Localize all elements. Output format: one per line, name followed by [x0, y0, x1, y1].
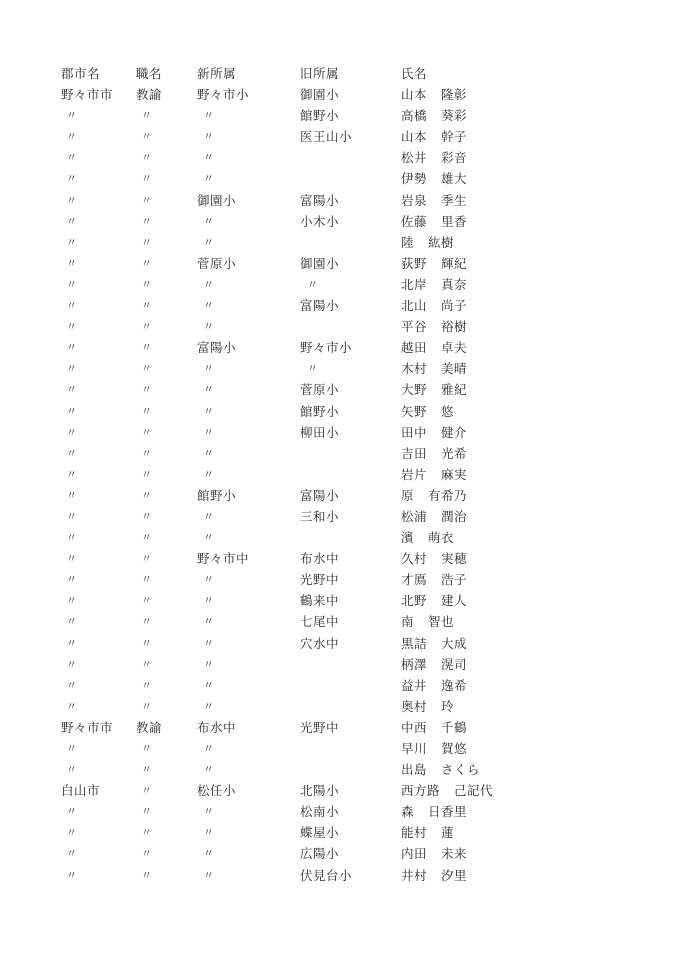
table-row: 〃〃〃奥村玲: [0, 696, 680, 717]
given-name: さくら: [441, 762, 480, 777]
header-title: 職名: [136, 63, 162, 84]
new-post-cell: 〃: [203, 358, 215, 379]
title-cell: 〃: [141, 168, 153, 189]
table-row: 野々市市教諭布水中光野中中西千鶴: [0, 717, 680, 738]
old-post-cell: 富陽小: [300, 295, 339, 316]
name-cell: 早川賀悠: [401, 738, 467, 759]
new-post-cell: 〃: [203, 801, 215, 822]
city-cell: 〃: [66, 358, 78, 379]
old-post-cell: 野々市小: [300, 337, 352, 358]
new-post-cell: 〃: [203, 401, 215, 422]
family-name: 中西: [401, 720, 427, 735]
table-row: 〃〃富陽小野々市小越田卓夫: [0, 337, 680, 358]
given-name: 建人: [441, 593, 467, 608]
title-cell: 〃: [141, 358, 153, 379]
family-name: 佐藤: [401, 214, 427, 229]
name-cell: 中西千鶴: [401, 717, 467, 738]
title-cell: 〃: [141, 485, 153, 506]
old-post-cell: 菅原小: [300, 379, 339, 400]
new-post-cell: 〃: [203, 147, 215, 168]
family-name: 西方路: [401, 783, 440, 798]
old-post-cell: 御園小: [300, 84, 339, 105]
family-name: 北野: [401, 593, 427, 608]
old-post-cell: 館野小: [300, 105, 339, 126]
table-row: 〃〃〃陸紘樹: [0, 232, 680, 253]
city-cell: 〃: [66, 105, 78, 126]
city-cell: 〃: [66, 190, 78, 211]
name-cell: 北野建人: [401, 590, 467, 611]
given-name: 逸希: [441, 678, 467, 693]
title-cell: 〃: [141, 780, 153, 801]
new-post-cell: 〃: [203, 569, 215, 590]
old-post-cell: 松南小: [300, 801, 339, 822]
new-post-cell: 〃: [203, 611, 215, 632]
city-cell: 〃: [66, 527, 78, 548]
city-cell: 〃: [66, 801, 78, 822]
given-name: 雅紀: [441, 382, 467, 397]
given-name: 滉司: [441, 657, 467, 672]
given-name: 里香: [441, 214, 467, 229]
name-cell: 山本隆彰: [401, 84, 467, 105]
new-post-cell: 〃: [203, 295, 215, 316]
table-row: 〃〃館野小富陽小原有希乃: [0, 485, 680, 506]
title-cell: 〃: [141, 316, 153, 337]
old-post-cell: 〃: [307, 274, 319, 295]
family-name: 早川: [401, 741, 427, 756]
old-post-cell: 伏見台小: [300, 865, 352, 886]
city-cell: 〃: [66, 168, 78, 189]
name-cell: 田中健介: [401, 422, 467, 443]
table-row: 〃〃〃〃木村美晴: [0, 358, 680, 379]
family-name: 荻野: [401, 256, 427, 271]
family-name: 出島: [401, 762, 427, 777]
family-name: 松浦: [401, 509, 427, 524]
new-post-cell: 〃: [203, 675, 215, 696]
city-cell: 〃: [66, 569, 78, 590]
given-name: 輝紀: [441, 256, 467, 271]
title-cell: 〃: [141, 548, 153, 569]
given-name: 萌衣: [428, 530, 454, 545]
table-row: 〃〃〃蝶屋小能村蓮: [0, 822, 680, 843]
new-post-cell: 〃: [203, 211, 215, 232]
title-cell: 〃: [141, 738, 153, 759]
given-name: 隆彰: [441, 87, 467, 102]
new-post-cell: 野々市小: [197, 84, 249, 105]
city-cell: 〃: [66, 759, 78, 780]
city-cell: 野々市市: [61, 717, 113, 738]
family-name: 大野: [401, 382, 427, 397]
given-name: 未来: [441, 846, 467, 861]
name-cell: 才鳫浩子: [401, 569, 467, 590]
table-row: 〃〃菅原小御園小荻野輝紀: [0, 253, 680, 274]
old-post-cell: 蝶屋小: [300, 822, 339, 843]
name-cell: 越田卓夫: [401, 337, 467, 358]
family-name: 濱: [401, 530, 414, 545]
title-cell: 〃: [141, 506, 153, 527]
old-post-cell: 富陽小: [300, 485, 339, 506]
name-cell: 奥村玲: [401, 696, 454, 717]
old-post-cell: 小木小: [300, 211, 339, 232]
new-post-cell: 〃: [203, 232, 215, 253]
given-name: 実穂: [441, 551, 467, 566]
given-name: 紘樹: [428, 235, 454, 250]
title-cell: 〃: [141, 822, 153, 843]
name-cell: 矢野悠: [401, 401, 454, 422]
new-post-cell: 〃: [203, 865, 215, 886]
old-post-cell: 富陽小: [300, 190, 339, 211]
given-name: 彩音: [441, 150, 467, 165]
table-row: 〃〃〃館野小矢野悠: [0, 401, 680, 422]
table-row: 〃〃野々市中布水中久村実穂: [0, 548, 680, 569]
family-name: 伊勢: [401, 171, 427, 186]
title-cell: 教諭: [136, 717, 162, 738]
table-row: 〃〃〃医王山小山本幹子: [0, 126, 680, 147]
given-name: 美晴: [441, 361, 467, 376]
table-row: 〃〃〃三和小松浦潤治: [0, 506, 680, 527]
given-name: 智也: [428, 614, 454, 629]
table-row: 〃〃〃穴水中黒詰大成: [0, 633, 680, 654]
given-name: 千鶴: [441, 720, 467, 735]
table-row: 〃〃〃吉田光希: [0, 443, 680, 464]
title-cell: 〃: [141, 759, 153, 780]
title-cell: 〃: [141, 801, 153, 822]
new-post-cell: 〃: [203, 696, 215, 717]
city-cell: 〃: [66, 422, 78, 443]
table-row: 〃〃〃平谷裕樹: [0, 316, 680, 337]
family-name: 高橋: [401, 108, 427, 123]
old-post-cell: 鶴来中: [300, 590, 339, 611]
city-cell: 〃: [66, 126, 78, 147]
name-cell: 森日香里: [401, 801, 467, 822]
given-name: 大成: [441, 636, 467, 651]
given-name: 真奈: [441, 277, 467, 292]
table-row: 〃〃御園小富陽小岩泉季生: [0, 190, 680, 211]
family-name: 南: [401, 614, 414, 629]
table-row: 〃〃〃小木小佐藤里香: [0, 211, 680, 232]
header-new-post: 新所属: [197, 63, 236, 84]
header-city: 郡市名: [61, 63, 100, 84]
title-cell: 〃: [141, 633, 153, 654]
old-post-cell: 光野中: [300, 569, 339, 590]
name-cell: 陸紘樹: [401, 232, 454, 253]
title-cell: 〃: [141, 611, 153, 632]
name-cell: 西方路己記代: [401, 780, 493, 801]
name-cell: 佐藤里香: [401, 211, 467, 232]
old-post-cell: 御園小: [300, 253, 339, 274]
name-cell: 伊勢雄大: [401, 168, 467, 189]
title-cell: 〃: [141, 295, 153, 316]
family-name: 平谷: [401, 319, 427, 334]
city-cell: 白山市: [61, 780, 100, 801]
family-name: 井村: [401, 868, 427, 883]
title-cell: 〃: [141, 865, 153, 886]
city-cell: 〃: [66, 401, 78, 422]
new-post-cell: 〃: [203, 822, 215, 843]
city-cell: 〃: [66, 611, 78, 632]
new-post-cell: 〃: [203, 654, 215, 675]
given-name: 汐里: [441, 868, 467, 883]
table-body: 野々市市教諭野々市小御園小山本隆彰〃〃〃館野小高橋葵彩〃〃〃医王山小山本幹子〃〃…: [0, 84, 680, 886]
city-cell: 〃: [66, 548, 78, 569]
given-name: 健介: [441, 425, 467, 440]
old-post-cell: 柳田小: [300, 422, 339, 443]
table-row: 〃〃〃出島さくら: [0, 759, 680, 780]
city-cell: 〃: [66, 379, 78, 400]
new-post-cell: 〃: [203, 738, 215, 759]
city-cell: 〃: [66, 232, 78, 253]
given-name: 幹子: [441, 129, 467, 144]
family-name: 田中: [401, 425, 427, 440]
table-row: 〃〃〃岩片麻実: [0, 464, 680, 485]
new-post-cell: 〃: [203, 527, 215, 548]
new-post-cell: 〃: [203, 274, 215, 295]
name-cell: 南智也: [401, 611, 454, 632]
new-post-cell: 〃: [203, 126, 215, 147]
title-cell: 〃: [141, 422, 153, 443]
old-post-cell: 広陽小: [300, 843, 339, 864]
title-cell: 〃: [141, 675, 153, 696]
name-cell: 岩片麻実: [401, 464, 467, 485]
old-post-cell: 七尾中: [300, 611, 339, 632]
city-cell: 〃: [66, 633, 78, 654]
name-cell: 井村汐里: [401, 865, 467, 886]
name-cell: 荻野輝紀: [401, 253, 467, 274]
new-post-cell: 菅原小: [197, 253, 236, 274]
family-name: 能村: [401, 825, 427, 840]
title-cell: 〃: [141, 274, 153, 295]
table-row: 〃〃〃益井逸希: [0, 675, 680, 696]
city-cell: 〃: [66, 822, 78, 843]
new-post-cell: 館野小: [197, 485, 236, 506]
city-cell: 〃: [66, 865, 78, 886]
title-cell: 〃: [141, 190, 153, 211]
city-cell: 〃: [66, 147, 78, 168]
given-name: 尚子: [441, 298, 467, 313]
name-cell: 平谷裕樹: [401, 316, 467, 337]
city-cell: 〃: [66, 675, 78, 696]
title-cell: 〃: [141, 401, 153, 422]
city-cell: 〃: [66, 337, 78, 358]
table-row: 〃〃〃柳田小田中健介: [0, 422, 680, 443]
table-row: 〃〃〃鶴来中北野建人: [0, 590, 680, 611]
new-post-cell: 野々市中: [197, 548, 249, 569]
family-name: 益井: [401, 678, 427, 693]
old-post-cell: 光野中: [300, 717, 339, 738]
old-post-cell: 布水中: [300, 548, 339, 569]
name-cell: 黒詰大成: [401, 633, 467, 654]
family-name: 久村: [401, 551, 427, 566]
table-row: 〃〃〃松井彩音: [0, 147, 680, 168]
name-cell: 北山尚子: [401, 295, 467, 316]
new-post-cell: 〃: [203, 422, 215, 443]
given-name: 蓮: [441, 825, 454, 840]
family-name: 山本: [401, 129, 427, 144]
city-cell: 〃: [66, 464, 78, 485]
family-name: 岩片: [401, 467, 427, 482]
given-name: 己記代: [454, 783, 493, 798]
given-name: 悠: [441, 404, 454, 419]
title-cell: 〃: [141, 337, 153, 358]
name-cell: 原有希乃: [401, 485, 467, 506]
family-name: 山本: [401, 87, 427, 102]
old-post-cell: 北陽小: [300, 780, 339, 801]
header-name: 氏名: [401, 63, 427, 84]
city-cell: 〃: [66, 274, 78, 295]
header-old-post: 旧所属: [300, 63, 339, 84]
given-name: 卓夫: [441, 340, 467, 355]
new-post-cell: 〃: [203, 843, 215, 864]
city-cell: 〃: [66, 211, 78, 232]
given-name: 麻実: [441, 467, 467, 482]
name-cell: 北岸真奈: [401, 274, 467, 295]
city-cell: 〃: [66, 738, 78, 759]
name-cell: 柄澤滉司: [401, 654, 467, 675]
title-cell: 〃: [141, 464, 153, 485]
title-cell: 〃: [141, 696, 153, 717]
header-row: 郡市名 職名 新所属 旧所属 氏名: [0, 63, 680, 84]
new-post-cell: 〃: [203, 316, 215, 337]
table-row: 〃〃〃柄澤滉司: [0, 654, 680, 675]
family-name: 柄澤: [401, 657, 427, 672]
new-post-cell: 〃: [203, 464, 215, 485]
given-name: 葵彩: [441, 108, 467, 123]
title-cell: 〃: [141, 443, 153, 464]
name-cell: 能村蓮: [401, 822, 454, 843]
name-cell: 松浦潤治: [401, 506, 467, 527]
family-name: 森: [401, 804, 414, 819]
given-name: 浩子: [441, 572, 467, 587]
new-post-cell: 〃: [203, 506, 215, 527]
title-cell: 〃: [141, 253, 153, 274]
family-name: 陸: [401, 235, 414, 250]
city-cell: 野々市市: [61, 84, 113, 105]
given-name: 裕樹: [441, 319, 467, 334]
given-name: 季生: [441, 193, 467, 208]
title-cell: 〃: [141, 211, 153, 232]
title-cell: 〃: [141, 654, 153, 675]
given-name: 玲: [441, 699, 454, 714]
title-cell: 〃: [141, 527, 153, 548]
family-name: 木村: [401, 361, 427, 376]
title-cell: 〃: [141, 569, 153, 590]
family-name: 松井: [401, 150, 427, 165]
table-row: 〃〃〃館野小高橋葵彩: [0, 105, 680, 126]
new-post-cell: 〃: [203, 590, 215, 611]
old-post-cell: 三和小: [300, 506, 339, 527]
personnel-transfer-table: 郡市名 職名 新所属 旧所属 氏名 野々市市教諭野々市小御園小山本隆彰〃〃〃館野…: [0, 63, 680, 886]
city-cell: 〃: [66, 696, 78, 717]
title-cell: 〃: [141, 590, 153, 611]
table-row: 〃〃〃七尾中南智也: [0, 611, 680, 632]
name-cell: 山本幹子: [401, 126, 467, 147]
table-row: 〃〃〃〃北岸真奈: [0, 274, 680, 295]
table-row: 〃〃〃菅原小大野雅紀: [0, 379, 680, 400]
new-post-cell: 〃: [203, 379, 215, 400]
family-name: 北岸: [401, 277, 427, 292]
city-cell: 〃: [66, 590, 78, 611]
name-cell: 内田未来: [401, 843, 467, 864]
family-name: 黒詰: [401, 636, 427, 651]
old-post-cell: 〃: [307, 358, 319, 379]
table-row: 白山市〃松任小北陽小西方路己記代: [0, 780, 680, 801]
title-cell: 〃: [141, 147, 153, 168]
family-name: 北山: [401, 298, 427, 313]
table-row: 野々市市教諭野々市小御園小山本隆彰: [0, 84, 680, 105]
new-post-cell: 〃: [203, 759, 215, 780]
name-cell: 木村美晴: [401, 358, 467, 379]
table-row: 〃〃〃光野中才鳫浩子: [0, 569, 680, 590]
old-post-cell: 穴水中: [300, 633, 339, 654]
city-cell: 〃: [66, 253, 78, 274]
name-cell: 岩泉季生: [401, 190, 467, 211]
city-cell: 〃: [66, 654, 78, 675]
title-cell: 教諭: [136, 84, 162, 105]
family-name: 越田: [401, 340, 427, 355]
family-name: 岩泉: [401, 193, 427, 208]
name-cell: 出島さくら: [401, 759, 480, 780]
table-row: 〃〃〃伊勢雄大: [0, 168, 680, 189]
title-cell: 〃: [141, 105, 153, 126]
table-row: 〃〃〃伏見台小井村汐里: [0, 865, 680, 886]
new-post-cell: 富陽小: [197, 337, 236, 358]
city-cell: 〃: [66, 443, 78, 464]
new-post-cell: 布水中: [197, 717, 236, 738]
name-cell: 吉田光希: [401, 443, 467, 464]
family-name: 才鳫: [401, 572, 427, 587]
city-cell: 〃: [66, 295, 78, 316]
table-row: 〃〃〃早川賀悠: [0, 738, 680, 759]
family-name: 原: [401, 488, 414, 503]
title-cell: 〃: [141, 232, 153, 253]
name-cell: 大野雅紀: [401, 379, 467, 400]
given-name: 雄大: [441, 171, 467, 186]
given-name: 日香里: [428, 804, 467, 819]
family-name: 吉田: [401, 446, 427, 461]
given-name: 光希: [441, 446, 467, 461]
given-name: 潤治: [441, 509, 467, 524]
city-cell: 〃: [66, 843, 78, 864]
table-row: 〃〃〃松南小森日香里: [0, 801, 680, 822]
given-name: 有希乃: [428, 488, 467, 503]
city-cell: 〃: [66, 316, 78, 337]
title-cell: 〃: [141, 843, 153, 864]
new-post-cell: 〃: [203, 633, 215, 654]
name-cell: 高橋葵彩: [401, 105, 467, 126]
new-post-cell: 御園小: [197, 190, 236, 211]
table-row: 〃〃〃濱萌衣: [0, 527, 680, 548]
new-post-cell: 〃: [203, 168, 215, 189]
table-row: 〃〃〃広陽小内田未来: [0, 843, 680, 864]
family-name: 矢野: [401, 404, 427, 419]
city-cell: 〃: [66, 506, 78, 527]
new-post-cell: 松任小: [197, 780, 236, 801]
family-name: 奥村: [401, 699, 427, 714]
new-post-cell: 〃: [203, 443, 215, 464]
new-post-cell: 〃: [203, 105, 215, 126]
name-cell: 濱萌衣: [401, 527, 454, 548]
title-cell: 〃: [141, 379, 153, 400]
table-row: 〃〃〃富陽小北山尚子: [0, 295, 680, 316]
name-cell: 久村実穂: [401, 548, 467, 569]
given-name: 賀悠: [441, 741, 467, 756]
city-cell: 〃: [66, 485, 78, 506]
old-post-cell: 医王山小: [300, 126, 352, 147]
name-cell: 益井逸希: [401, 675, 467, 696]
family-name: 内田: [401, 846, 427, 861]
title-cell: 〃: [141, 126, 153, 147]
old-post-cell: 館野小: [300, 401, 339, 422]
name-cell: 松井彩音: [401, 147, 467, 168]
